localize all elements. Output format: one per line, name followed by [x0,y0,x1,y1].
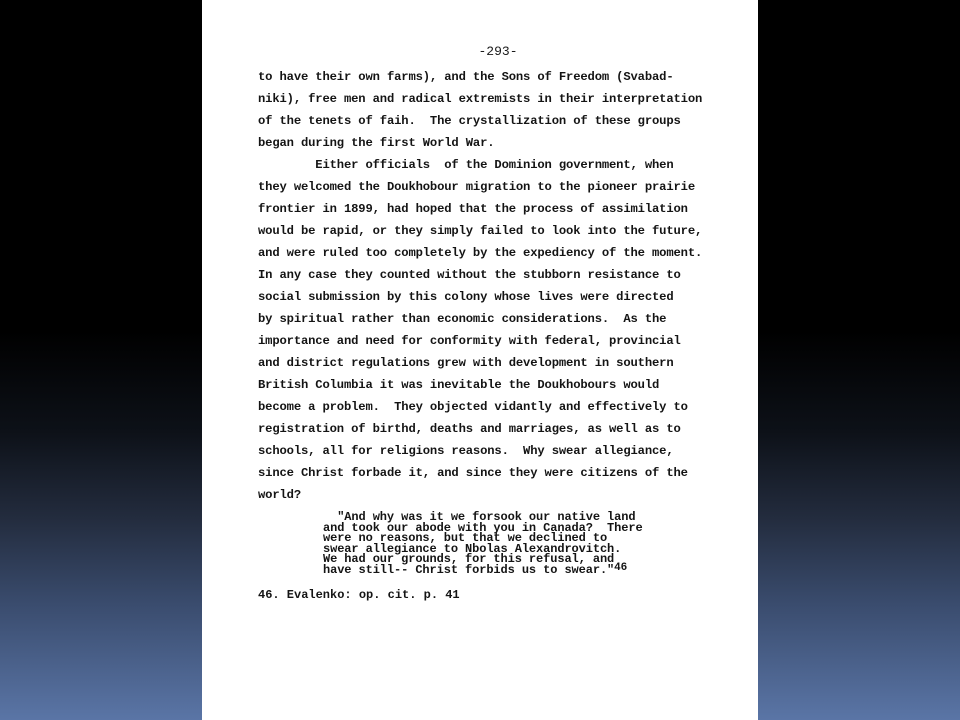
text-line: British Columbia it was inevitable the D… [258,374,738,396]
text-line: they welcomed the Doukhobour migration t… [258,176,738,198]
body-paragraphs: to have their own farms), and the Sons o… [258,66,738,506]
text-line: In any case they counted without the stu… [258,264,738,286]
text-line: and were ruled too completely by the exp… [258,242,738,264]
text-line: by spiritual rather than economic consid… [258,308,738,330]
block-quote: "And why was it we forsook our native la… [323,512,683,576]
text-line: to have their own farms), and the Sons o… [258,66,738,88]
text-line: would be rapid, or they simply failed to… [258,220,738,242]
text-line: registration of birthd, deaths and marri… [258,418,738,440]
text-line: social submission by this colony whose l… [258,286,738,308]
text-line: Either officials of the Dominion governm… [258,154,738,176]
text-line: and district regulations grew with devel… [258,352,738,374]
page-number: -293- [202,44,758,59]
text-line: world? [258,484,738,506]
document-page: -293- to have their own farms), and the … [202,0,758,720]
text-line: since Christ forbade it, and since they … [258,462,738,484]
quote-last-text: have still-- Christ forbids us to swear.… [323,563,614,577]
text-line: become a problem. They objected vidantly… [258,396,738,418]
text-line: schools, all for religions reasons. Why … [258,440,738,462]
quote-line: have still-- Christ forbids us to swear.… [323,565,683,576]
text-line: frontier in 1899, had hoped that the pro… [258,198,738,220]
text-line: began during the first World War. [258,132,738,154]
text-line: niki), free men and radical extremists i… [258,88,738,110]
footnote-marker: 46 [614,562,627,574]
text-line: importance and need for conformity with … [258,330,738,352]
text-line: of the tenets of faih. The crystallizati… [258,110,738,132]
footnote: 46. Evalenko: op. cit. p. 41 [258,588,460,602]
